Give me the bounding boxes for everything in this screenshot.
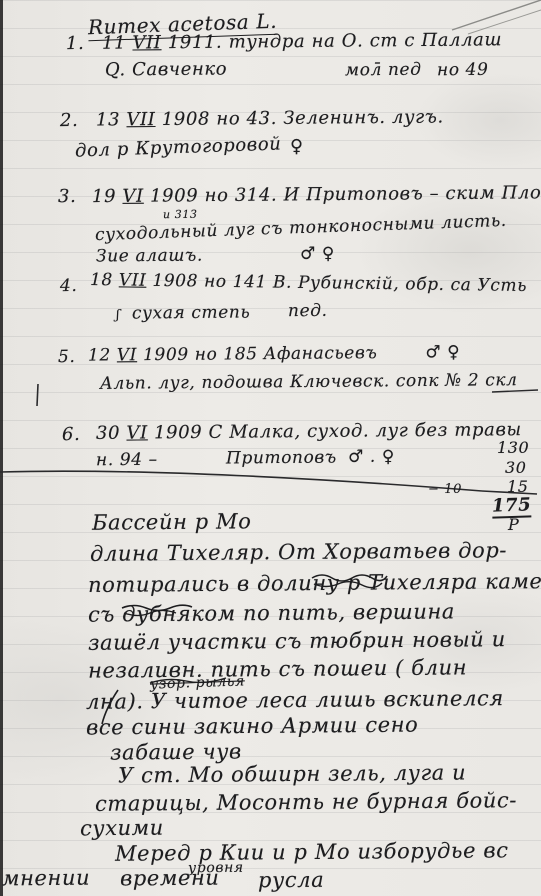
entry-month-roman: VI xyxy=(117,345,137,365)
entry-note: мол̄ пед xyxy=(345,60,422,81)
entry-text: 1908 но 141 В. Рубинскій, обр. са Усть xyxy=(152,271,527,296)
collector-name: Притоповъ xyxy=(226,448,337,469)
entry-note: Зие алашъ. xyxy=(96,246,203,267)
entry-line: 12 VI 1909 но 185 Афанасьевъ ♂ ♀ xyxy=(88,342,460,365)
note-line: длина Тихеляр. От Хорватьев дор- xyxy=(90,538,507,566)
entry-day: 11 xyxy=(102,33,126,54)
entry-number: 4. xyxy=(60,276,78,296)
tick-mark xyxy=(37,384,38,406)
entry-number-code: но 49 xyxy=(437,60,489,80)
entry-note: пед. xyxy=(288,301,328,321)
entry-line: 18 VII 1908 но 141 В. Рубинскій, обр. са… xyxy=(90,270,527,296)
entry-subnumber: и 313 xyxy=(163,208,198,221)
entry-month-roman: VII xyxy=(119,270,147,290)
entry-text: 1909 С Малка, суход. луг без травы xyxy=(154,419,522,443)
note-line: У ст. Мо обширн зель, луга и xyxy=(118,760,466,787)
entry-month-roman: VI xyxy=(126,422,147,443)
note-line: лна). У читое леса лишь вскипелся xyxy=(86,686,504,714)
entry-text: 1909 но 185 Афанасьевъ xyxy=(143,343,377,365)
entry-number: 2. xyxy=(60,110,79,131)
note-line: все сини закино Армии сено xyxy=(86,713,419,740)
entry-day: 30 xyxy=(96,423,120,444)
locality-text: дол р Крутогоровой xyxy=(75,133,282,161)
habitat-text: суходольный луг съ тонконосными листь. xyxy=(95,211,507,245)
entry-month-roman: VI xyxy=(122,186,143,207)
note-line: забаше чув xyxy=(110,739,242,764)
entry-line: 30 VI 1909 С Малка, суход. луг без травы xyxy=(96,419,522,444)
scan-edge-shadow xyxy=(0,0,3,896)
male-female-icons: ♂ . ♀ xyxy=(348,447,395,467)
male-female-icons: ♂ ♀ xyxy=(300,244,335,264)
entry-text: 1908 но 43. Зеленинъ. лугъ. xyxy=(162,106,444,129)
calc-addend: 30 xyxy=(505,458,527,477)
habitat-text: Альп. луг, подошва Ключевск. сопк № 2 ск… xyxy=(100,370,518,394)
note-line: времени xyxy=(120,866,220,891)
note-line: сухими xyxy=(80,816,164,841)
entry-day: 12 xyxy=(88,345,111,365)
entry-number-code: н. 94 – xyxy=(96,450,158,471)
entry-line: 19 VI 1909 но 314. И Притоповъ – ским Пл… xyxy=(92,182,541,207)
note-line: Бассейн р Мо xyxy=(92,509,252,534)
note-line: мнении xyxy=(2,866,90,891)
entry-number: 6. xyxy=(62,424,81,445)
crease-line xyxy=(452,0,541,30)
entry-line: 13 VII 1908 но 43. Зеленинъ. лугъ. xyxy=(96,106,444,130)
pen-stroke-line xyxy=(0,471,482,491)
entry-text: 1909 но 314. И Притоповъ – ским Плоской xyxy=(150,182,541,207)
note-line: незаливн. пить съ пошеи ( блин xyxy=(88,655,467,682)
habitat-text: сухая степь xyxy=(132,302,250,323)
note-line: Меред р Кии и р Мо изборудье вс xyxy=(115,838,509,865)
insertion-mark: ʃ xyxy=(116,308,120,323)
female-icon: ♀ xyxy=(290,136,304,157)
note-line: русла xyxy=(258,868,324,893)
entry-number: 3. xyxy=(58,186,77,207)
note-line: съ дубняком по пить, вершина xyxy=(88,599,455,626)
calc-minus: − 10 xyxy=(428,482,462,497)
entry-day: 13 xyxy=(96,109,120,130)
calc-denominator: Р xyxy=(508,515,519,534)
collector-name: Q. Савченко xyxy=(105,58,227,80)
entry-number: 5. xyxy=(58,347,76,367)
entry-number: 1. xyxy=(66,33,85,54)
calc-addend: 130 xyxy=(497,438,529,457)
entry-month-roman: VII xyxy=(132,32,161,53)
note-line: зашёл участки съ тюбрин новый и xyxy=(88,627,506,655)
entry-month-roman: VII xyxy=(126,109,155,130)
entry-day: 19 xyxy=(92,186,116,207)
entry-day: 18 xyxy=(90,270,113,290)
calc-addend: 15 xyxy=(507,477,529,496)
entry-text: 1911. тундра на О. ст с Паллаш xyxy=(168,29,502,53)
note-line: потирались в долину р Тихеляра камен xyxy=(88,569,541,597)
male-female-icons: ♂ ♀ xyxy=(425,342,460,362)
entry-line: 11 VII 1911. тундра на О. ст с Паллаш xyxy=(102,29,502,53)
note-line: старицы, Мосонть не бурная бойс- xyxy=(95,788,517,816)
scanned-manuscript-page: Rumex acetosa L. 1. 11 VII 1911. тундра … xyxy=(0,0,541,896)
